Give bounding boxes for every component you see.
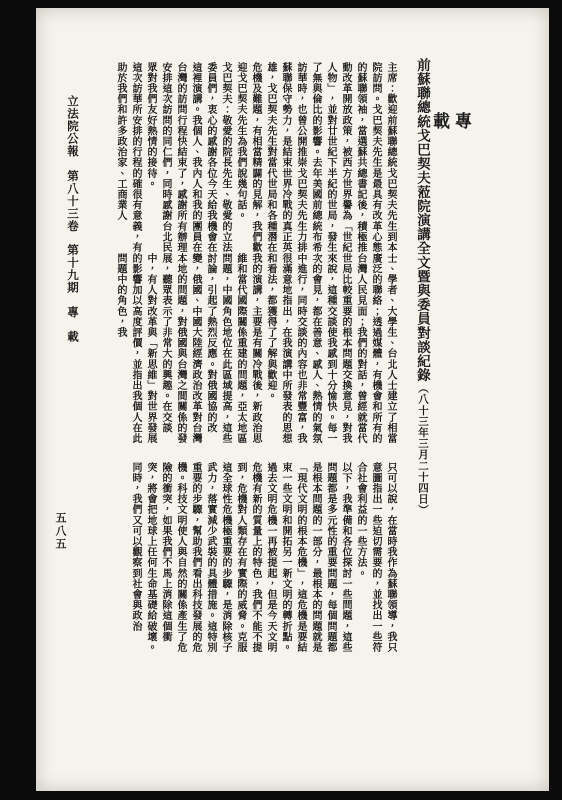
text-register-lower: 只可以說，在當時我作為蘇聯領導，我只意圖指出一些迫切需要的，並找出一些符合社會利… [94, 462, 398, 660]
gazette-section: 專載 [66, 306, 78, 355]
gazette-volume: 第八十三卷 [66, 170, 78, 233]
gazette-info-column: 立法院公報第八十三卷第十九期專載 [62, 95, 79, 385]
paragraph: 士、學者、大學生、台北人士建立了相當廣泛的聯絡；透過媒體，有機會和所有的台灣人民… [263, 253, 398, 449]
gazette-page: 專載 前蘇聯總統戈巴契夫蒞院演講全文暨與委員對談紀錄（八十三年三月二十四日） 主… [36, 8, 549, 791]
paragraph: 戈巴契夫：敬愛的院長先生、敬愛的立法委員們，衷心的感謝各位今天給我機會在這裡演講… [143, 62, 233, 253]
paragraph: 主席：歡迎前蘇聯總統戈巴契夫先生到本院訪問。戈巴契夫先生是最具有改革心態的蘇聯領… [233, 62, 398, 253]
paragraph: 只可以說，在當時我作為蘇聯領導，我只意圖指出一些迫切需要的，並找出一些符合社會利… [353, 462, 398, 660]
scanned-page-frame: 專載 前蘇聯總統戈巴契夫蒞院演講全文暨與委員對談紀錄（八十三年三月二十四日） 主… [0, 0, 562, 800]
document-title-date: （八十三年三月二十四日） [417, 382, 428, 515]
paragraph: 同時，我們又可以觀察到社會與政治 [128, 462, 143, 660]
section-header: 專載 [450, 112, 472, 247]
paragraph: 這次訪華所安排的行程的確很有意義，有助於我們和許多政治家、工商業人 [113, 62, 143, 253]
document-title: 前蘇聯總統戈巴契夫蒞院演講全文暨與委員對談紀錄 [415, 58, 430, 382]
gazette-journal-name: 立法院公報 [66, 95, 78, 158]
text-register-upper: 主席：歡迎前蘇聯總統戈巴契夫先生到本院訪問。戈巴契夫先生是最具有改革心態的蘇聯領… [94, 62, 398, 253]
document-title-column: 前蘇聯總統戈巴契夫蒞院演講全文暨與委員對談紀錄（八十三年三月二十四日） [410, 58, 434, 618]
page-number: 五八五 [52, 512, 67, 572]
paragraph: 以下，我準備和各位探討一些問題，這些問題都是多元性的重要問題，每個問題都是根本問… [278, 462, 353, 660]
text-register-middle: 士、學者、大學生、台北人士建立了相當廣泛的聯絡；透過媒體，有機會和所有的台灣人民… [94, 253, 398, 449]
paragraph: 我的演講，主要是有關冷戰後，新政治思維和當代國際關係重建的問題，亞太地區問題，中… [113, 253, 263, 449]
gazette-issue: 第十九期 [66, 244, 78, 294]
paragraph: 過去文明危機一再被提起，但是今天文明危機有新的質量上的特色，我們不能不提到，危機… [143, 462, 278, 660]
